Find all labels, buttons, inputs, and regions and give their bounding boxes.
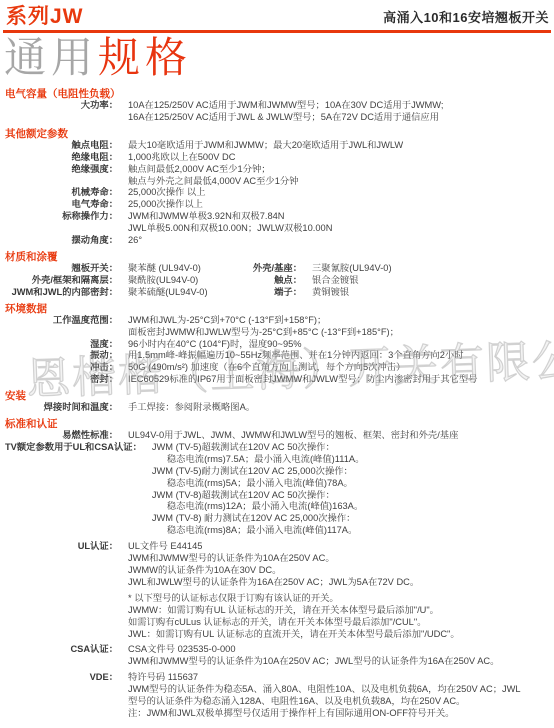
spec-label: 机械寿命： — [5, 187, 128, 199]
doc-subtitle: 高涌入10和16安培翘板开关 — [383, 7, 549, 28]
spec-label: 焊接时间和温度： — [5, 402, 128, 414]
material-label: JWM和JWL的内部密封： — [5, 287, 128, 299]
spec-row: UL认证：UL文件号 E44145JWM和JWMW型号的认证条件为10A在250… — [5, 541, 549, 589]
page-title-red: 规格 — [98, 34, 192, 81]
spec-sections: 电气容量（电阻性负载）大功率：10A在125/250V AC适用于JWM和JWM… — [5, 88, 549, 720]
section-heading: 标准和认证 — [5, 418, 549, 430]
spec-label: 标称操作力： — [5, 211, 128, 235]
spec-row: 触点电阻：最大10毫欧适用于JWM和JWMW；最大20毫欧适用于JWL和JWLW — [5, 140, 549, 152]
section: 环境数据工作温度范围：JWM和JWL为-25°C到+70°C (-13°F到+1… — [5, 303, 549, 386]
doc-header: 系列JW 高涌入10和16安培翘板开关 — [0, 0, 554, 28]
page-title: 通用规格 — [4, 34, 554, 82]
spec-line: 触点与外壳之间最低4,000V AC至少1分钟 — [128, 176, 549, 188]
spec-line: JWM和JWMW型号的认证条件为10A在250V AC；JWL型号的认证条件为1… — [128, 656, 549, 668]
spec-row: 摆动角度：26° — [5, 235, 549, 247]
spec-line: JWM (TV-5)耐力测试在120V AC 25,000次操作： — [152, 466, 549, 478]
spec-line: 用1.5mm峰-峰振幅遍历10~55Hz频率范围、并在1分钟内返回：3个直角方向… — [128, 350, 549, 362]
spec-row: 绝缘强度：触点间最低2,000V AC至少1分钟；触点与外壳之间最低4,000V… — [5, 164, 549, 188]
section-heading: 电气容量（电阻性负载） — [5, 88, 549, 100]
material-value: 聚苯醚 (UL94V-0) — [128, 263, 240, 275]
spec-value: JWM (TV-5)超载测试在120V AC 50次操作：稳态电流(rms)7.… — [152, 442, 549, 537]
spec-line: * 以下型号的认证标志仅限于订购有该认证的开关。 — [128, 593, 549, 605]
spec-line: 特许号码 115637 — [128, 672, 549, 684]
section-heading: 材质和涂覆 — [5, 251, 549, 263]
section-heading: 环境数据 — [5, 303, 549, 315]
material-value: 聚酰胺(UL94V-0) — [128, 275, 240, 287]
spec-line: JWM (TV-8) 耐力测试在120V AC 25,000次操作： — [152, 513, 549, 525]
section: 标准和认证易燃性标准：UL94V-0用于JWL、JWM、JWMW和JWLW型号的… — [5, 418, 549, 720]
spec-row: 标称操作力：JWM和JWMW单极3.92N和双极7.84NJWL单极5.00N和… — [5, 211, 549, 235]
spec-row: 湿度：96小时内在40°C (104°F)时，湿度90~95% — [5, 339, 549, 351]
spec-label: CSA认证： — [5, 644, 128, 668]
spec-line: JWL：如需订购有UL 认证标志的直流开关，请在开关本体型号最后添加"/UDC"… — [128, 629, 549, 641]
material-row: 外壳/框架和隔离层：聚酰胺(UL94V-0)触点：银合金镀银 — [5, 275, 549, 287]
spec-label: 触点电阻： — [5, 140, 128, 152]
spec-value: 最大10毫欧适用于JWM和JWMW；最大20毫欧适用于JWL和JWLW — [128, 140, 549, 152]
spec-value: JWM和JWMW单极3.92N和双极7.84NJWL单极5.00N和双极10.0… — [128, 211, 549, 235]
spec-line: 手工焊接：参阅附录概略图A。 — [128, 402, 549, 414]
spec-line: 注：JWM和JWL双极单掷型号仅适用于操作杆上有国际通用ON-OFF符号开关。 — [128, 708, 549, 720]
spec-line: 面板密封JWMW和JWLW型号为-25°C到+85°C (-13°F到+185°… — [128, 327, 549, 339]
spec-line: 如需订购有cULus 认证标志的开关，请在开关本体型号最后添加"/CUL"。 — [128, 617, 549, 629]
section-heading: 安装 — [5, 390, 549, 402]
spec-label: TV额定参数用于UL和CSA认证： — [5, 442, 152, 537]
material-label: 触点： — [240, 275, 312, 287]
spec-label: 工作温度范围： — [5, 315, 128, 339]
material-label: 外壳/框架和隔离层： — [5, 275, 128, 287]
spec-row: 大功率：10A在125/250V AC适用于JWM和JWMW型号；10A在30V… — [5, 100, 549, 124]
spec-line: 96小时内在40°C (104°F)时，湿度90~95% — [128, 339, 549, 351]
spec-line: JWM (TV-8)超载测试在120V AC 50次操作： — [152, 490, 549, 502]
spec-line: UL文件号 E44145 — [128, 541, 549, 553]
page-title-gray: 通用 — [4, 34, 98, 81]
spec-line: JWM和JWMW单极3.92N和双极7.84N — [128, 211, 549, 223]
spec-line: JWL和JWLW型号的认证条件为16A在250V AC；JWL为5A在72V D… — [128, 577, 549, 589]
spec-label: 电气寿命： — [5, 199, 128, 211]
spec-line: 1,000兆欧以上在500V DC — [128, 152, 549, 164]
spec-row: 振动：用1.5mm峰-峰振幅遍历10~55Hz频率范围、并在1分钟内返回：3个直… — [5, 350, 549, 362]
spec-row: 机械寿命：25,000次操作 以上 — [5, 187, 549, 199]
spec-value: 触点间最低2,000V AC至少1分钟；触点与外壳之间最低4,000V AC至少… — [128, 164, 549, 188]
spec-value: 手工焊接：参阅附录概略图A。 — [128, 402, 549, 414]
spec-value: UL文件号 E44145JWM和JWMW型号的认证条件为10A在250V AC。… — [128, 541, 549, 589]
spec-line: JWMW：如需订购有UL 认证标志的开关，请在开关本体型号最后添加"/U"。 — [128, 605, 549, 617]
spec-row: VDE：特许号码 115637JWM型号的认证条件为稳态5A、涌入80A、电阻性… — [5, 672, 549, 720]
spec-row: 焊接时间和温度：手工焊接：参阅附录概略图A。 — [5, 402, 549, 414]
spec-row: 冲击：50G (490m/s²) 加速度（在6个直角方向上测试，每个方向5次冲击… — [5, 362, 549, 374]
spec-line: UL94V-0用于JWL、JWM、JWMW和JWLW型号的翘板、框架、密封和外壳… — [128, 430, 549, 442]
spec-label: 振动： — [5, 350, 128, 362]
spec-label: 易燃性标准： — [5, 430, 128, 442]
material-label: 外壳/基座： — [240, 263, 312, 275]
spec-value: 用1.5mm峰-峰振幅遍历10~55Hz频率范围、并在1分钟内返回：3个直角方向… — [128, 350, 549, 362]
section: 安装焊接时间和温度：手工焊接：参阅附录概略图A。 — [5, 390, 549, 414]
spec-line: JWM (TV-5)超载测试在120V AC 50次操作： — [152, 442, 549, 454]
spec-row: 电气寿命：25,000次操作以上 — [5, 199, 549, 211]
spec-value: 25,000次操作以上 — [128, 199, 549, 211]
spec-line: 稳态电流(rms)8A；最小涌入电流(峰值)117A。 — [152, 525, 549, 537]
spec-value: 25,000次操作 以上 — [128, 187, 549, 199]
material-row: JWM和JWL的内部密封：聚苯硫醚(UL94V-0)端子：黄铜镀银 — [5, 287, 549, 299]
spec-value: 特许号码 115637JWM型号的认证条件为稳态5A、涌入80A、电阻性10A、… — [128, 672, 549, 720]
spec-line: 26° — [128, 235, 549, 247]
material-value: 三聚氰胺(UL94V-0) — [312, 263, 549, 275]
spec-line: CSA文件号 023535-0-000 — [128, 644, 549, 656]
spec-line: 稳态电流(rms)12A；最小涌入电流(峰值)163A。 — [152, 501, 549, 513]
material-value: 银合金镀银 — [312, 275, 549, 287]
spec-label: 绝缘强度： — [5, 164, 128, 188]
red-divider — [3, 30, 551, 33]
section: 材质和涂覆翘板开关：聚苯醚 (UL94V-0)外壳/基座：三聚氰胺(UL94V-… — [5, 251, 549, 299]
spec-row: TV额定参数用于UL和CSA认证：JWM (TV-5)超载测试在120V AC … — [5, 442, 549, 537]
spec-line: 50G (490m/s²) 加速度（在6个直角方向上测试，每个方向5次冲击） — [128, 362, 549, 374]
document-page: 系列JW 高涌入10和16安培翘板开关 通用规格 电气容量（电阻性负载）大功率：… — [0, 0, 554, 728]
spec-line: IEC60529标准的IP67用于面板密封JWMW和JWLW型号；防尘内渗密封用… — [128, 374, 549, 386]
spec-value: * 以下型号的认证标志仅限于订购有该认证的开关。JWMW：如需订购有UL 认证标… — [128, 593, 549, 641]
spec-value: UL94V-0用于JWL、JWM、JWMW和JWLW型号的翘板、框架、密封和外壳… — [128, 430, 549, 442]
spec-line: 25,000次操作以上 — [128, 199, 549, 211]
spec-line: 型号的认证条件为稳态涌入128A、电阻性16A、以及电机负载8A，均在250V … — [128, 696, 549, 708]
spec-row: 密封：IEC60529标准的IP67用于面板密封JWMW和JWLW型号；防尘内渗… — [5, 374, 549, 386]
spec-line: 16A在125/250V AC适用于JWL & JWLW型号；5A在72V DC… — [128, 112, 549, 124]
spec-value: 10A在125/250V AC适用于JWM和JWMW型号；10A在30V DC适… — [128, 100, 549, 124]
material-value: 聚苯硫醚(UL94V-0) — [128, 287, 240, 299]
spec-row: CSA认证：CSA文件号 023535-0-000JWM和JWMW型号的认证条件… — [5, 644, 549, 668]
spec-line: 10A在125/250V AC适用于JWM和JWMW型号；10A在30V DC适… — [128, 100, 549, 112]
series-title: 系列JW — [6, 5, 84, 28]
spec-label: 摆动角度： — [5, 235, 128, 247]
spec-label: VDE： — [5, 672, 128, 720]
spec-row: * 以下型号的认证标志仅限于订购有该认证的开关。JWMW：如需订购有UL 认证标… — [5, 593, 549, 641]
material-label: 翘板开关： — [5, 263, 128, 275]
spec-value: 26° — [128, 235, 549, 247]
spec-line: JWL单极5.00N和双极10.00N；JWLW双极10.00N — [128, 223, 549, 235]
material-value: 黄铜镀银 — [312, 287, 549, 299]
material-row: 翘板开关：聚苯醚 (UL94V-0)外壳/基座：三聚氰胺(UL94V-0) — [5, 263, 549, 275]
spec-line: 触点间最低2,000V AC至少1分钟； — [128, 164, 549, 176]
spec-value: CSA文件号 023535-0-000JWM和JWMW型号的认证条件为10A在2… — [128, 644, 549, 668]
section-heading: 其他额定参数 — [5, 128, 549, 140]
spec-label: UL认证： — [5, 541, 128, 589]
spec-line: 稳态电流(rms)5A；最小涌入电流(峰值)78A。 — [152, 478, 549, 490]
spec-row: 绝缘电阻：1,000兆欧以上在500V DC — [5, 152, 549, 164]
spec-label: 湿度： — [5, 339, 128, 351]
spec-label: 绝缘电阻： — [5, 152, 128, 164]
spec-label: 大功率： — [5, 100, 128, 124]
spec-line: 25,000次操作 以上 — [128, 187, 549, 199]
spec-line: 最大10毫欧适用于JWM和JWMW；最大20毫欧适用于JWL和JWLW — [128, 140, 549, 152]
spec-row: 易燃性标准：UL94V-0用于JWL、JWM、JWMW和JWLW型号的翘板、框架… — [5, 430, 549, 442]
spec-value: 96小时内在40°C (104°F)时，湿度90~95% — [128, 339, 549, 351]
section: 电气容量（电阻性负载）大功率：10A在125/250V AC适用于JWM和JWM… — [5, 88, 549, 124]
spec-value: IEC60529标准的IP67用于面板密封JWMW和JWLW型号；防尘内渗密封用… — [128, 374, 549, 386]
material-label: 端子： — [240, 287, 312, 299]
spec-label: 密封： — [5, 374, 128, 386]
spec-line: JWM和JWL为-25°C到+70°C (-13°F到+158°F)； — [128, 315, 549, 327]
spec-value: 1,000兆欧以上在500V DC — [128, 152, 549, 164]
spec-line: 稳态电流(rms)7.5A；最小涌入电流(峰值)111A。 — [152, 454, 549, 466]
section: 其他额定参数触点电阻：最大10毫欧适用于JWM和JWMW；最大20毫欧适用于JW… — [5, 128, 549, 247]
spec-value: JWM和JWL为-25°C到+70°C (-13°F到+158°F)；面板密封J… — [128, 315, 549, 339]
spec-label — [5, 593, 128, 641]
spec-value: 50G (490m/s²) 加速度（在6个直角方向上测试，每个方向5次冲击） — [128, 362, 549, 374]
spec-row: 工作温度范围：JWM和JWL为-25°C到+70°C (-13°F到+158°F… — [5, 315, 549, 339]
spec-label: 冲击： — [5, 362, 128, 374]
spec-line: JWM型号的认证条件为稳态5A、涌入80A、电阻性10A、以及电机负载6A，均在… — [128, 684, 549, 696]
spec-line: JWMW的认证条件为10A在30V DC。 — [128, 565, 549, 577]
spec-line: JWM和JWMW型号的认证条件为10A在250V AC。 — [128, 553, 549, 565]
